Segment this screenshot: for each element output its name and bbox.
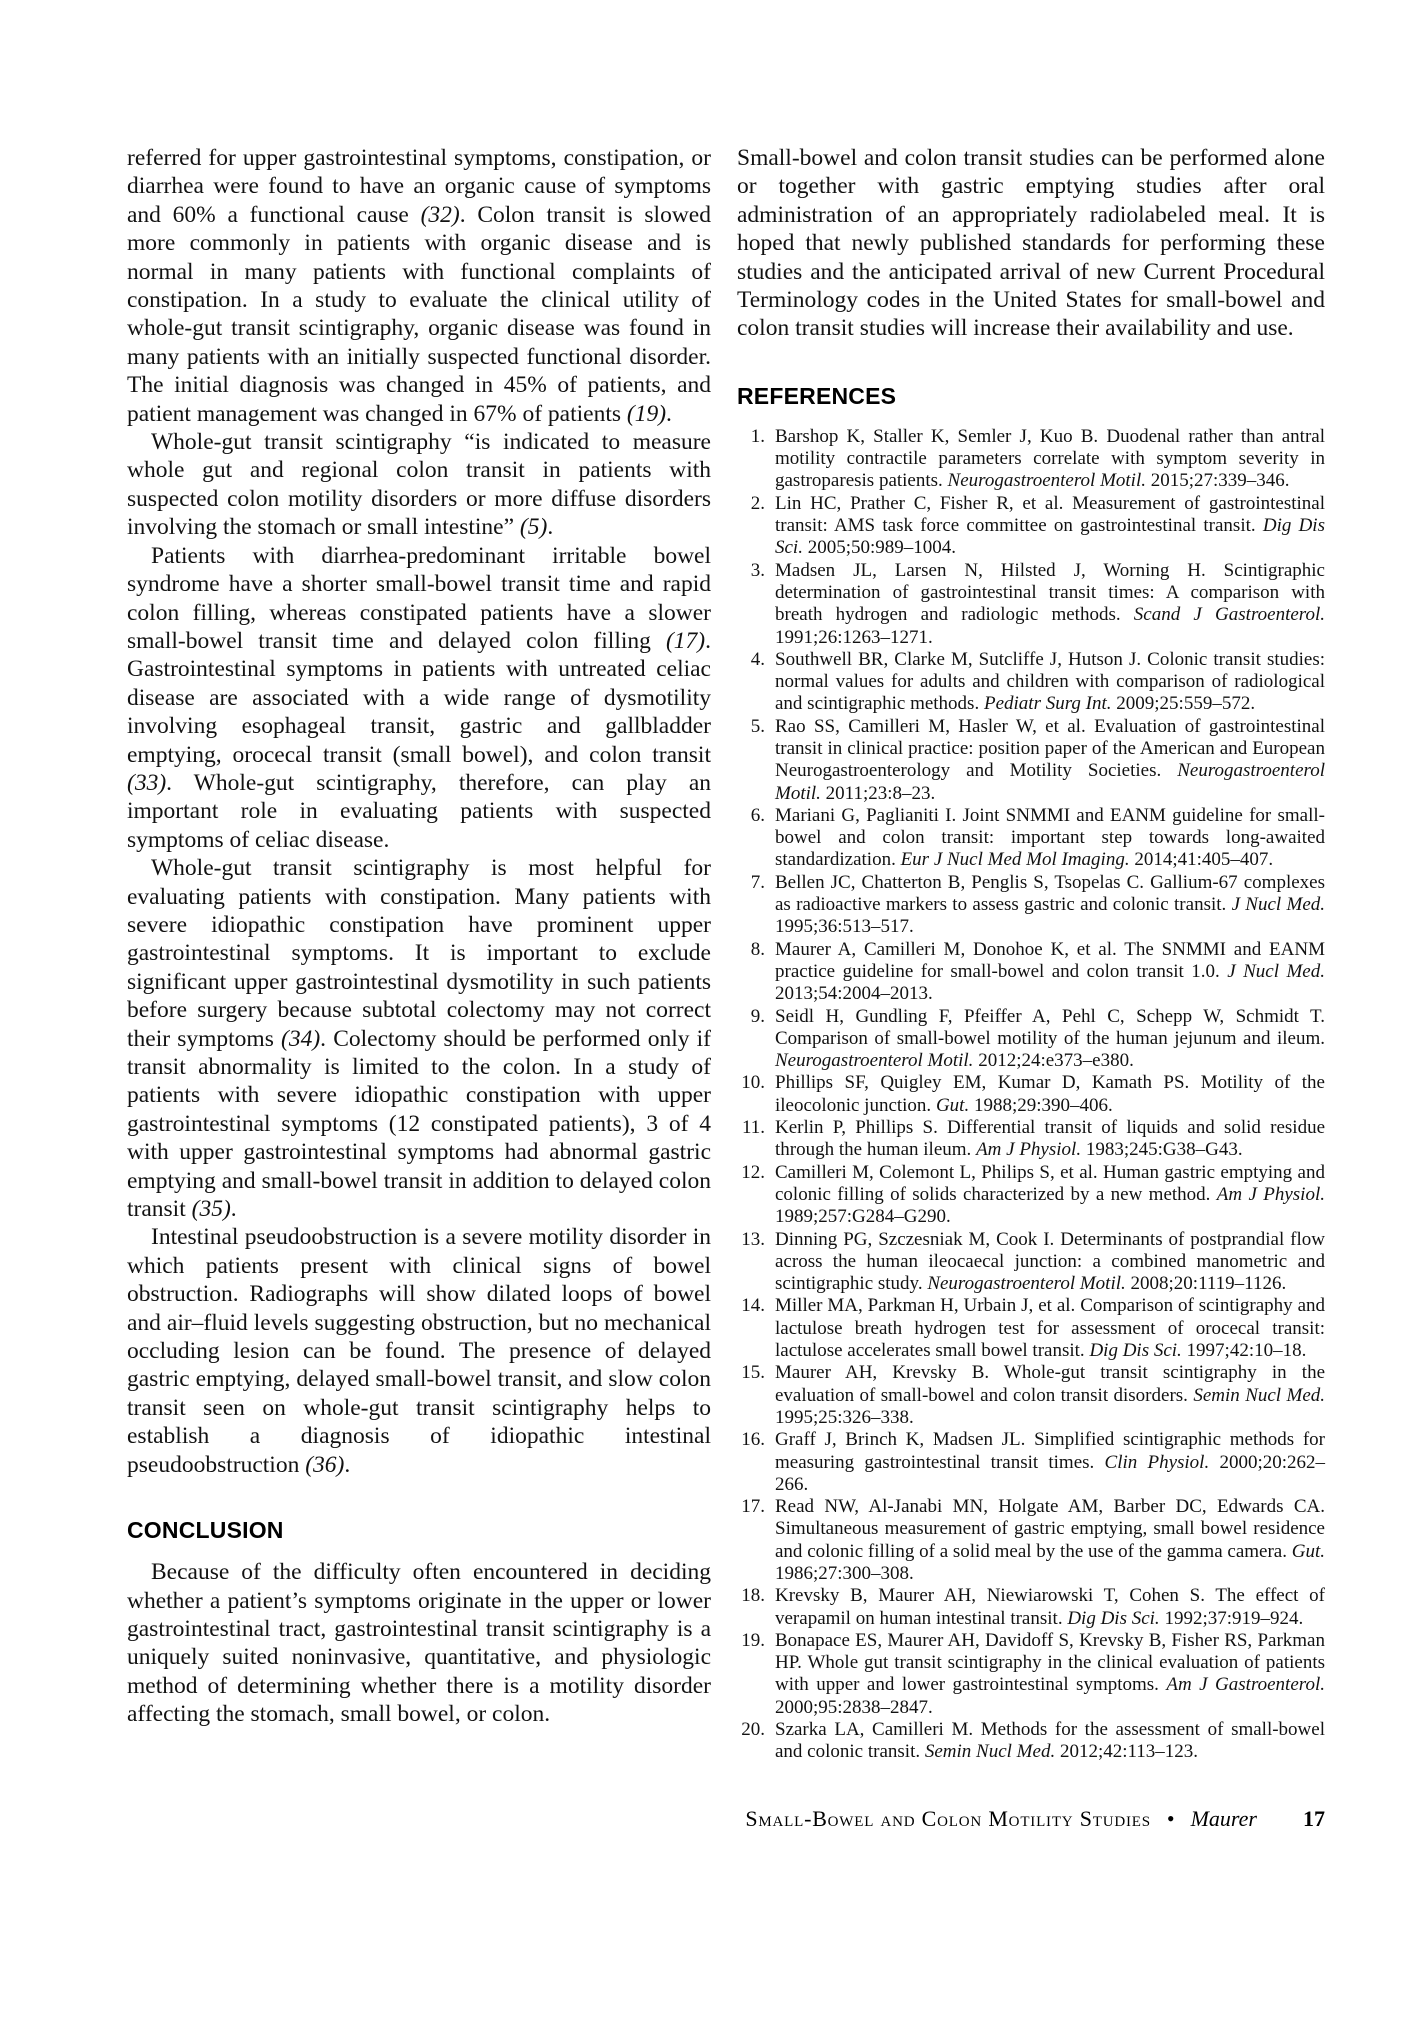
footer-bullet-separator: • — [1167, 1806, 1175, 1831]
reference-item: 1.Barshop K, Staller K, Semler J, Kuo B.… — [737, 426, 1325, 493]
italic-text-run: (34) — [281, 1026, 320, 1052]
reference-item: 7.Bellen JC, Chatterton B, Penglis S, Ts… — [737, 872, 1325, 939]
footer-page-number: 17 — [1303, 1806, 1325, 1831]
italic-text-run: (32) — [421, 202, 460, 228]
text-run: 1989;257:G284–G290. — [775, 1206, 951, 1227]
reference-item: 20.Szarka LA, Camilleri M. Methods for t… — [737, 1719, 1325, 1764]
text-run: . — [547, 514, 553, 540]
reference-item: 11.Kerlin P, Phillips S. Differential tr… — [737, 1117, 1325, 1162]
paragraph: Because of the difficulty often encounte… — [127, 1558, 711, 1728]
footer-author: Maurer — [1191, 1806, 1257, 1831]
italic-text-run: Neurogastroenterol Motil. — [775, 1050, 973, 1071]
text-run: . Whole-gut scintigraphy, therefore, can… — [127, 770, 711, 853]
text-run: 1995;36:513–517. — [775, 916, 914, 937]
reference-number: 10. — [737, 1072, 765, 1094]
text-run: Lin HC, Prather C, Fisher R, et al. Meas… — [775, 493, 1325, 536]
text-run: Small-bowel and colon transit studies ca… — [737, 145, 1325, 341]
paragraph: Whole-gut transit scintigraphy “is indic… — [127, 428, 711, 542]
italic-text-run: (5) — [520, 514, 547, 540]
reference-number: 17. — [737, 1496, 765, 1518]
italic-text-run: Neurogastroenterol Motil. — [927, 1273, 1125, 1294]
text-run: 1995;25:326–338. — [775, 1407, 914, 1428]
reference-number: 12. — [737, 1162, 765, 1184]
italic-text-run: Gut. — [936, 1095, 969, 1116]
text-run: 2013;54:2004–2013. — [775, 983, 933, 1004]
page-footer: Small-Bowel and Colon Motility Studies•M… — [123, 1806, 1325, 1832]
text-run: 2012;42:113–123. — [1055, 1741, 1198, 1762]
reference-item: 3.Madsen JL, Larsen N, Hilsted J, Wornin… — [737, 560, 1325, 649]
reference-item: 14.Miller MA, Parkman H, Urbain J, et al… — [737, 1295, 1325, 1362]
reference-number: 8. — [737, 939, 765, 961]
reference-item: 6.Mariani G, Paglianiti I. Joint SNMMI a… — [737, 805, 1325, 872]
left-column: referred for upper gastrointestinal symp… — [127, 144, 711, 1729]
footer-running-title: Small-Bowel and Colon Motility Studies — [745, 1806, 1151, 1831]
reference-number: 1. — [737, 426, 765, 448]
reference-item: 9.Seidl H, Gundling F, Pfeiffer A, Pehl … — [737, 1006, 1325, 1073]
text-run: 2014;41:405–407. — [1130, 849, 1274, 870]
reference-number: 14. — [737, 1295, 765, 1317]
reference-number: 19. — [737, 1630, 765, 1652]
text-run: Whole-gut transit scintigraphy “is indic… — [127, 429, 711, 540]
italic-text-run: (35) — [192, 1196, 231, 1222]
italic-text-run: Dig Dis Sci. — [1067, 1608, 1159, 1629]
text-run: 2008;20:1119–1126. — [1126, 1273, 1286, 1294]
text-run: 2015;27:339–346. — [1146, 470, 1290, 491]
italic-text-run: Scand J Gastroenterol. — [1134, 604, 1325, 625]
reference-item: 5.Rao SS, Camilleri M, Hasler W, et al. … — [737, 716, 1325, 805]
text-run: 2012;24:e373–e380. — [973, 1050, 1133, 1071]
reference-item: 2.Lin HC, Prather C, Fisher R, et al. Me… — [737, 493, 1325, 560]
text-run: 1992;37:919–924. — [1160, 1608, 1304, 1629]
references-heading: REFERENCES — [737, 383, 1325, 410]
reference-number: 7. — [737, 872, 765, 894]
reference-item: 19.Bonapace ES, Maurer AH, Davidoff S, K… — [737, 1630, 1325, 1719]
italic-text-run: (33) — [127, 770, 166, 796]
left-column-body-text: referred for upper gastrointestinal symp… — [127, 144, 711, 1479]
text-run: 2011;23:8–23. — [821, 783, 935, 804]
italic-text-run: Clin Physiol. — [1105, 1452, 1210, 1473]
reference-number: 3. — [737, 560, 765, 582]
conclusion-heading: CONCLUSION — [127, 1517, 711, 1544]
right-column-body-text: Small-bowel and colon transit studies ca… — [737, 144, 1325, 343]
paragraph: referred for upper gastrointestinal symp… — [127, 144, 711, 428]
reference-item: 16.Graff J, Brinch K, Madsen JL. Simplif… — [737, 1429, 1325, 1496]
reference-number: 5. — [737, 716, 765, 738]
text-run: Because of the difficulty often encounte… — [127, 1559, 711, 1727]
italic-text-run: Pediatr Surg Int. — [984, 693, 1112, 714]
italic-text-run: Neurogastroenterol Motil. — [948, 470, 1146, 491]
text-run: Read NW, Al-Janabi MN, Holgate AM, Barbe… — [775, 1496, 1325, 1562]
italic-text-run: J Nucl Med. — [1232, 894, 1325, 915]
italic-text-run: (17) — [666, 628, 705, 654]
reference-number: 18. — [737, 1585, 765, 1607]
italic-text-run: J Nucl Med. — [1227, 961, 1325, 982]
reference-number: 20. — [737, 1719, 765, 1741]
reference-item: 4.Southwell BR, Clarke M, Sutcliffe J, H… — [737, 649, 1325, 716]
text-run: 2009;25:559–572. — [1112, 693, 1256, 714]
paragraph: Patients with diarrhea-predominant irrit… — [127, 542, 711, 854]
text-run: 1983;245:G38–G43. — [1081, 1139, 1243, 1160]
text-run: . — [231, 1196, 237, 1222]
reference-number: 15. — [737, 1362, 765, 1384]
italic-text-run: Am J Physiol. — [1217, 1184, 1325, 1205]
text-run: 1988;29:390–406. — [969, 1095, 1113, 1116]
reference-item: 10.Phillips SF, Quigley EM, Kumar D, Kam… — [737, 1072, 1325, 1117]
text-run: . Colon transit is slowed more commonly … — [127, 202, 711, 427]
italic-text-run: Semin Nucl Med. — [925, 1741, 1055, 1762]
italic-text-run: Gut. — [1292, 1541, 1325, 1562]
conclusion-body-text: Because of the difficulty often encounte… — [127, 1558, 711, 1728]
reference-list: 1.Barshop K, Staller K, Semler J, Kuo B.… — [737, 426, 1325, 1764]
text-run: 1991;26:1263–1271. — [775, 627, 933, 648]
reference-number: 11. — [737, 1117, 765, 1139]
text-run: Patients with diarrhea-predominant irrit… — [127, 543, 711, 654]
text-run: Seidl H, Gundling F, Pfeiffer A, Pehl C,… — [775, 1006, 1325, 1049]
reference-number: 4. — [737, 649, 765, 671]
text-run: . Colectomy should be performed only if … — [127, 1026, 711, 1222]
reference-number: 2. — [737, 493, 765, 515]
paragraph: Whole-gut transit scintigraphy is most h… — [127, 854, 711, 1223]
italic-text-run: (19) — [627, 401, 666, 427]
reference-item: 13.Dinning PG, Szczesniak M, Cook I. Det… — [737, 1229, 1325, 1296]
italic-text-run: (36) — [305, 1452, 344, 1478]
text-run: 1997;42:10–18. — [1182, 1340, 1307, 1361]
reference-number: 16. — [737, 1429, 765, 1451]
text-run: Intestinal pseudoobstruction is a severe… — [127, 1224, 711, 1477]
text-run: . — [666, 401, 672, 427]
italic-text-run: Am J Gastroenterol. — [1166, 1674, 1325, 1695]
text-run: 1986;27:300–308. — [775, 1563, 914, 1584]
right-column: Small-bowel and colon transit studies ca… — [737, 144, 1325, 1764]
italic-text-run: Eur J Nucl Med Mol Imaging. — [901, 849, 1130, 870]
paragraph: Intestinal pseudoobstruction is a severe… — [127, 1223, 711, 1479]
reference-item: 18.Krevsky B, Maurer AH, Niewiarowski T,… — [737, 1585, 1325, 1630]
reference-number: 9. — [737, 1006, 765, 1028]
paragraph: Small-bowel and colon transit studies ca… — [737, 144, 1325, 343]
reference-number: 6. — [737, 805, 765, 827]
text-run: Whole-gut transit scintigraphy is most h… — [127, 855, 711, 1051]
italic-text-run: Semin Nucl Med. — [1193, 1385, 1325, 1406]
reference-number: 13. — [737, 1229, 765, 1251]
journal-page: referred for upper gastrointestinal symp… — [0, 0, 1428, 2028]
reference-item: 8.Maurer A, Camilleri M, Donohoe K, et a… — [737, 939, 1325, 1006]
reference-item: 12.Camilleri M, Colemont L, Philips S, e… — [737, 1162, 1325, 1229]
text-run: 2000;95:2838–2847. — [775, 1697, 933, 1718]
text-run: . — [344, 1452, 350, 1478]
reference-item: 17.Read NW, Al-Janabi MN, Holgate AM, Ba… — [737, 1496, 1325, 1585]
text-run: 2005;50:989–1004. — [803, 537, 956, 558]
italic-text-run: Am J Physiol. — [976, 1139, 1081, 1160]
italic-text-run: Dig Dis Sci. — [1089, 1340, 1181, 1361]
reference-item: 15.Maurer AH, Krevsky B. Whole-gut trans… — [737, 1362, 1325, 1429]
